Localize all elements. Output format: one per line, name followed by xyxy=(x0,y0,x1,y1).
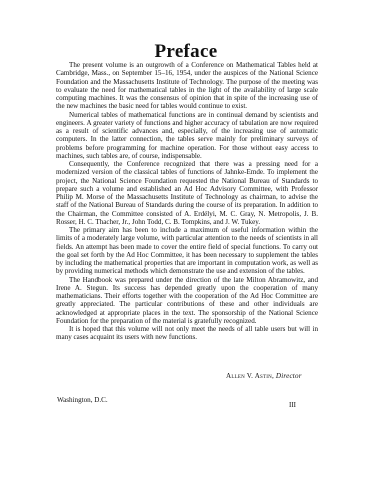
paragraph: The Handbook was prepared under the dire… xyxy=(56,276,318,326)
signature-title: Director xyxy=(276,372,302,380)
preface-body: The present volume is an outgrowth of a … xyxy=(56,61,318,342)
place: Washington, D.C. xyxy=(57,396,108,404)
paragraph: Numerical tables of mathematical functio… xyxy=(56,111,318,161)
paragraph: It is hoped that this volume will not on… xyxy=(56,325,318,342)
paragraph: Consequently, the Conference recognized … xyxy=(56,160,318,226)
page-title: Preface xyxy=(0,41,372,63)
paragraph: The present volume is an outgrowth of a … xyxy=(56,61,318,111)
signature: Allen V. Astin, Director xyxy=(226,372,302,380)
page-number: III xyxy=(289,401,296,409)
paragraph: The primary aim has been to include a ma… xyxy=(56,226,318,276)
signature-name: Allen V. Astin, xyxy=(226,372,274,380)
